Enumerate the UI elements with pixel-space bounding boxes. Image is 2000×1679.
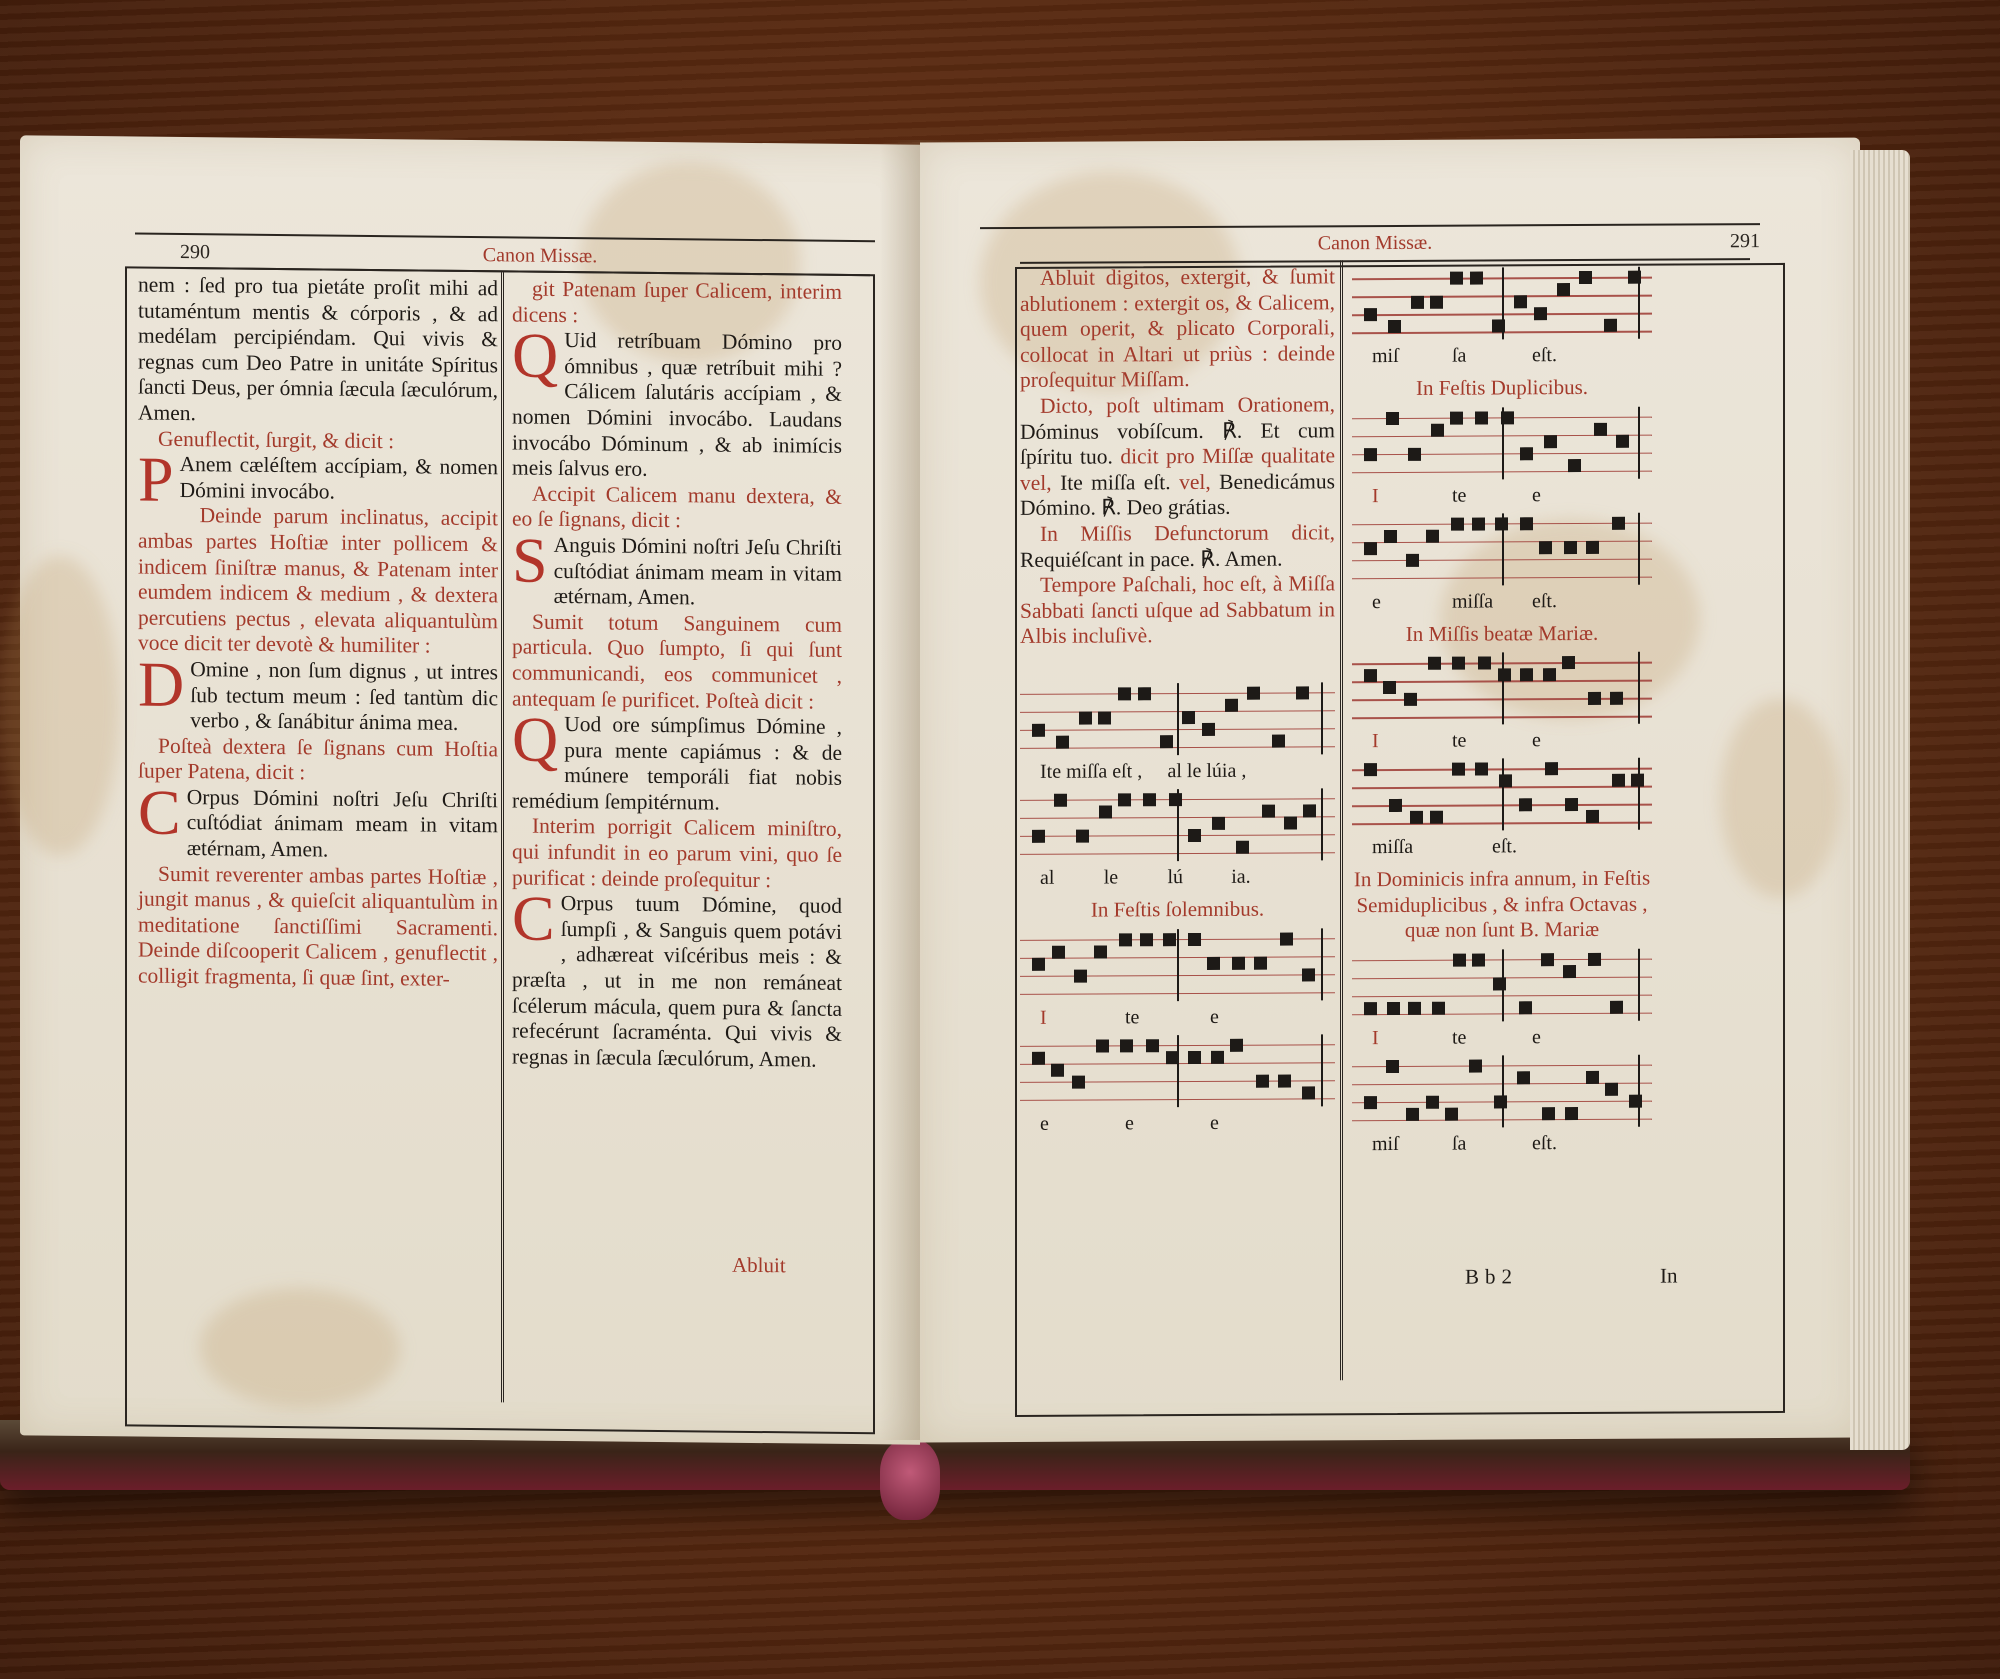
rubric-text: In Miſſis Defunctorum dicit, [1040,520,1335,546]
neume-note [1225,699,1238,712]
neume-note [1568,459,1581,472]
bar-line [1638,1055,1640,1127]
neume-note [1475,411,1488,424]
neume-note [1099,805,1112,818]
prayer-paragraph: DOmine , non ſum dignus , ut intres ſub … [138,656,498,737]
neume-note [1098,711,1111,724]
chant-section-heading: In Dominicis infra annum, in Feſtis Semi… [1352,866,1652,944]
neume-note [1514,295,1527,308]
rubric-text: git Patenam ſuper Calicem, interim dicen… [512,277,842,327]
prayer-paragraph: QUod ore súmpſimus Dómine , pura mente c… [512,712,842,818]
chant-staff [1352,406,1652,480]
rubric-text: vel, [1179,470,1219,494]
neume-note [1428,657,1441,670]
neume-note [1079,711,1092,724]
neume-note [1032,957,1045,970]
neume-note [1254,956,1267,969]
lyric-syllable: miſ [1372,344,1399,370]
chant-staff [1020,682,1335,756]
bar-line [1502,407,1504,479]
right-page-header: Canon Missæ. 291 [1020,230,1760,257]
prayer-text: Omine , non ſum dignus , ut intres ſub t… [190,657,498,735]
neume-note [1610,692,1623,705]
chant-lyrics: miſſaeſt. [1352,834,1652,862]
neume-note [1094,945,1107,958]
bar-line [1177,683,1179,755]
neume-note [1211,1050,1224,1063]
neume-note [1296,686,1309,699]
bar-line [1502,949,1504,1021]
drop-cap-initial: P [138,454,174,506]
rubric-paragraph: Abluit digitos, extergit, & ſumit abluti… [1020,264,1335,394]
column-divider [501,272,504,1402]
rubric-text: Tempore Paſchali, hoc eſt, à Miſſa Sabba… [1020,571,1335,648]
rubric-text: Abluit digitos, extergit, & ſumit abluti… [1020,264,1335,392]
lyric-syllable: Ite miſſa eſt , [1040,759,1142,785]
neume-note [1453,954,1466,967]
prayer-text: Anguis Dómini noſtri Jeſu Chriſti cuſtód… [554,533,842,610]
neume-note [1272,734,1285,747]
chant-staff [1352,267,1652,341]
lyric-syllable: le [1104,865,1118,891]
chant-staff [1352,1055,1652,1129]
neume-note [1586,540,1599,553]
neume-note [1472,953,1485,966]
neume-note [1364,763,1377,776]
neume-note [1169,793,1182,806]
neume-note [1302,968,1315,981]
prayer-text: Uod ore súmpſimus Dómine , pura mente ca… [512,712,842,814]
rubric-text: nem : ſed pro tua pietáte proſit mihi ad… [138,273,498,426]
right-page: Canon Missæ. 291 Abluit digitos, extergi… [920,138,1860,1443]
lyric-syllable: I [1040,1005,1047,1031]
lyric-syllable: miſſa [1372,835,1413,861]
right-column-1: Abluit digitos, extergit, & ſumit abluti… [1020,264,1335,1137]
neume-note [1445,1108,1458,1121]
neume-note [1408,447,1421,460]
neume-note [1478,657,1491,670]
neume-note [1451,517,1464,530]
lyric-syllable: ſa [1452,344,1466,370]
bar-line [1638,406,1640,478]
neume-note [1032,830,1045,843]
neume-note [1386,412,1399,425]
neume-note [1076,829,1089,842]
neume-note [1426,529,1439,542]
drop-cap-initial: Q [512,330,558,382]
bar-line [1321,788,1323,860]
bar-line [1638,652,1640,724]
neume-note [1562,656,1575,669]
chant-lyrics: allelúia. [1020,864,1335,892]
neume-note [1303,804,1316,817]
drop-cap-initial: C [512,893,555,945]
prayer-paragraph: SAnguis Dómini noſtri Jeſu Chriſti cuſtó… [512,532,842,612]
neume-note [1163,933,1176,946]
rubric-text: Genuflectit, ſurgit, & dicit : [158,426,394,452]
neume-note [1475,763,1488,776]
drop-cap-initial: C [138,786,181,838]
page-stack-edge [1850,150,1910,1450]
left-column-2: git Patenam ſuper Calicem, interim dicen… [512,276,842,1073]
neume-note [1499,775,1512,788]
lyric-syllable: e [1125,1111,1134,1137]
chant-staff [1352,512,1652,586]
bar-line [1321,1034,1323,1106]
chant-staff [1020,1034,1335,1108]
chant-spacer [1020,648,1335,680]
rubric-paragraph: In Miſſis Defunctorum dicit, Requiéſcant… [1020,520,1335,573]
neume-note [1519,798,1532,811]
neume-note [1247,687,1260,700]
neume-note [1612,516,1625,529]
chant-section-heading: In Feſtis ſolemnibus. [1020,896,1335,923]
bar-line [1638,758,1640,830]
drop-cap-initial: Q [512,714,558,766]
lyric-syllable: I [1372,1026,1379,1052]
neume-note [1588,692,1601,705]
neume-note [1519,1001,1532,1014]
right-column-2: miſſaeſt.In Feſtis Duplicibus.Iteeemiſſa… [1352,263,1652,1159]
neume-note [1160,735,1173,748]
catchword: Abluit [732,1253,786,1279]
lyric-syllable: e [1532,483,1541,509]
chant-staff [1352,652,1652,726]
neume-note [1431,423,1444,436]
rubric-paragraph: Genuflectit, ſurgit, & dicit : [138,426,498,455]
neume-note [1236,841,1249,854]
bar-line [1177,929,1179,1001]
signature-mark: Bb2 [1465,1264,1518,1289]
neume-note [1364,1002,1377,1015]
neume-note [1278,1074,1291,1087]
neume-note [1118,793,1131,806]
neume-note [1565,798,1578,811]
rubric-text: Deinde parum inclinatus, accipit ambas p… [138,504,498,658]
rubric-text: Dicto, poſt ultimam Orationem, [1040,392,1335,418]
neume-note [1406,1108,1419,1121]
neume-note [1543,668,1556,681]
lyric-syllable: e [1210,1110,1219,1136]
prayer-paragraph: COrpus Dómini noſtri Jeſu Chriſti cuſtód… [138,784,498,865]
neume-note [1074,969,1087,982]
chant-lyrics: Itee [1352,728,1652,756]
neume-note [1364,1096,1377,1109]
neume-note [1410,811,1423,824]
neume-note [1096,1039,1109,1052]
rubric-text: Sumit reverenter ambas partes Hoſtiæ , j… [138,861,498,990]
chant-lyrics: Itee [1352,482,1652,510]
lyric-syllable: miſſa [1452,589,1493,615]
neume-note [1054,794,1067,807]
drop-cap-initial: D [138,658,184,710]
catchword: In [1660,1263,1678,1288]
neume-note [1032,724,1045,737]
chant-lyrics: Ite miſſa eſt ,al le lúia , [1020,758,1335,786]
neume-note [1140,933,1153,946]
neume-note [1051,1063,1064,1076]
neume-note [1586,810,1599,823]
lyric-syllable: e [1040,1111,1049,1137]
neume-note [1056,736,1069,749]
rubric-paragraph: Sumit totum Sanguinem cum particula. Quo… [512,609,842,715]
lyric-syllable: I [1372,729,1379,755]
neume-note [1364,542,1377,555]
neume-note [1384,530,1397,543]
lyric-syllable: e [1532,728,1541,754]
rubric-text: Interim porrigit Calicem miniſtro, qui i… [512,814,842,892]
chant-lyrics: eee [1020,1110,1335,1138]
neume-note [1545,762,1558,775]
neume-note [1541,953,1554,966]
neume-note [1120,1039,1133,1052]
neume-note [1564,541,1577,554]
rubric-paragraph: Deinde parum inclinatus, accipit ambas p… [138,503,498,660]
lyric-syllable: ſa [1452,1132,1466,1158]
lyric-syllable: al [1040,866,1054,892]
neume-note [1544,435,1557,448]
neume-note [1605,1083,1618,1096]
neume-note [1284,816,1297,829]
lyric-syllable: I [1372,484,1379,510]
chant-lyrics: emiſſaeſt. [1352,588,1652,616]
open-book-photo: 290 Canon Missæ. nem : ſed pro tua pietá… [0,0,2000,1679]
neume-note [1610,1001,1623,1014]
left-page: 290 Canon Missæ. nem : ſed pro tua pietá… [20,135,920,1444]
neume-note [1452,763,1465,776]
lyric-syllable: e [1372,590,1381,616]
chant-staff [1020,928,1335,1002]
rubric-text: Poſteà dextera ſe ſignans cum Hoſtia ſup… [138,733,498,784]
neume-note [1138,687,1151,700]
bar-line [1321,928,1323,1000]
prayer-text: Orpus tuum Dómine, quod ſumpſi , & Sangu… [512,891,842,1071]
lyric-syllable: eſt. [1532,589,1557,615]
lyric-syllable: eſt. [1492,835,1517,861]
lyric-syllable: e [1532,1025,1541,1051]
neume-note [1212,817,1225,830]
neume-note [1520,447,1533,460]
neume-note [1411,296,1424,309]
neume-note [1629,1095,1642,1108]
left-column-1: nem : ſed pro tua pietáte proſit mihi ad… [138,273,498,993]
bar-line [1638,512,1640,584]
neume-note [1452,657,1465,670]
spoken-text: Requiéſcant in pace. ℟. Amen. [1020,546,1282,571]
neume-note [1032,1051,1045,1064]
neume-note [1119,933,1132,946]
neume-note [1188,1050,1201,1063]
prayer-text: Orpus Dómini noſtri Jeſu Chriſti cuſtódi… [187,785,498,862]
bar-line [1502,1055,1504,1127]
lyric-syllable: eſt. [1532,1131,1557,1157]
neume-note [1520,517,1533,530]
neume-note [1387,1002,1400,1015]
rubric-paragraph: Interim porrigit Calicem miniſtro, qui i… [512,814,842,894]
neume-note [1232,956,1245,969]
bar-line [1321,682,1323,754]
column-divider [1340,260,1343,1380]
bar-line [1177,789,1179,861]
neume-note [1565,1107,1578,1120]
bar-line [1502,513,1504,585]
neume-note [1542,1107,1555,1120]
page-number: 291 [1730,230,1760,253]
chant-lyrics: Itee [1352,1025,1652,1053]
neume-note [1182,711,1195,724]
neume-note [1604,319,1617,332]
neume-note [1563,965,1576,978]
neume-note [1256,1074,1269,1087]
neume-note [1386,1060,1399,1073]
bar-line [1502,653,1504,725]
neume-note [1426,1096,1439,1109]
lyric-syllable: eſt. [1532,343,1557,369]
neume-note [1389,799,1402,812]
ribbon-bookmark [880,1440,940,1520]
rubric-paragraph: Dicto, poſt ultimam Orationem, Dóminus v… [1020,392,1335,522]
neume-note [1406,553,1419,566]
neume-note [1612,774,1625,787]
neume-note [1594,422,1607,435]
neume-note [1539,541,1552,554]
rubric-paragraph: Accipit Calicem manu dextera, & eo ſe ſi… [512,481,842,536]
neume-note [1364,448,1377,461]
rubric-paragraph: Tempore Paſchali, hoc eſt, à Miſſa Sabba… [1020,571,1335,649]
neume-note [1188,829,1201,842]
prayer-text: Anem cæléſtem accípiam, & nomen Dómini i… [180,452,498,503]
rubric-paragraph: git Patenam ſuper Calicem, interim dicen… [512,276,842,331]
rubric-paragraph: Poſteà dextera ſe ſignans cum Hoſtia ſup… [138,733,498,788]
neume-note [1262,805,1275,818]
lyric-syllable: e [1210,1004,1219,1030]
neume-note [1579,271,1592,284]
neume-note [1143,793,1156,806]
lyric-syllable: ia. [1231,865,1250,891]
neume-note [1469,1059,1482,1072]
neume-note [1430,811,1443,824]
neume-note [1586,1071,1599,1084]
prayer-text: Uid retríbuam Dómino pro ómnibus , quæ r… [512,328,842,481]
neume-note [1364,669,1377,682]
lyric-syllable: miſ [1372,1132,1399,1158]
chant-lyrics: miſſaeſt. [1352,343,1652,371]
prayer-paragraph: COrpus tuum Dómine, quod ſumpſi , & Sang… [512,891,842,1074]
neume-note [1534,307,1547,320]
neume-note [1202,723,1215,736]
chant-section-heading: In Miſſis beatæ Mariæ. [1352,620,1652,647]
chant-staff [1020,788,1335,862]
neume-note [1207,956,1220,969]
chant-lyrics: Itee [1020,1004,1335,1032]
neume-note [1494,1095,1507,1108]
bar-line [1177,1035,1179,1107]
rubric-text: Sumit totum Sanguinem cum particula. Quo… [512,609,842,713]
bar-line [1638,267,1640,339]
neume-note [1118,687,1131,700]
rubric-paragraph: Sumit reverenter ambas partes Hoſtiæ , j… [138,861,498,993]
neume-note [1188,932,1201,945]
lyric-syllable: al le lúia , [1168,759,1247,785]
lyric-syllable: te [1452,483,1466,509]
neume-note [1408,1002,1421,1015]
neume-note [1404,693,1417,706]
prayer-paragraph: QUid retríbuam Dómino pro ómnibus , quæ … [512,328,842,485]
neume-note [1280,932,1293,945]
chant-staff [1352,949,1652,1023]
bar-line [1638,949,1640,1021]
chant-staff [1352,758,1652,832]
chant-lyrics: miſſaeſt. [1352,1131,1652,1159]
neume-note [1450,411,1463,424]
prayer-paragraph: PAnem cæléſtem accípiam, & nomen Dómini … [138,452,498,507]
neume-note [1498,669,1511,682]
neume-note [1588,953,1601,966]
neume-note [1364,308,1377,321]
spoken-text: Ite miſſa eſt. [1060,470,1179,495]
lyric-syllable: lú [1168,865,1184,891]
lyric-syllable: te [1452,1026,1466,1052]
neume-note [1383,681,1396,694]
neume-note [1472,517,1485,530]
neume-note [1388,320,1401,333]
bar-line [1502,267,1504,339]
neume-note [1432,1002,1445,1015]
lyric-syllable: te [1452,729,1466,755]
neume-note [1557,283,1570,296]
neume-note [1470,272,1483,285]
neume-note [1302,1086,1315,1099]
bar-line [1502,759,1504,831]
neume-note [1146,1039,1159,1052]
neume-note [1616,434,1629,447]
neume-note [1430,296,1443,309]
rubric-paragraph: nem : ſed pro tua pietáte proſit mihi ad… [138,273,498,430]
lyric-syllable: te [1125,1005,1139,1031]
neume-note [1072,1075,1085,1088]
neume-note [1450,272,1463,285]
neume-note [1493,977,1506,990]
neume-note [1520,668,1533,681]
rubric-text: Accipit Calicem manu dextera, & eo ſe ſi… [512,481,842,532]
chant-section-heading: In Feſtis Duplicibus. [1352,375,1652,402]
drop-cap-initial: S [512,534,548,586]
neume-note [1052,945,1065,958]
page-number: 290 [180,241,210,264]
neume-note [1517,1071,1530,1084]
neume-note [1230,1038,1243,1051]
running-title: Canon Missæ. [1020,230,1730,257]
